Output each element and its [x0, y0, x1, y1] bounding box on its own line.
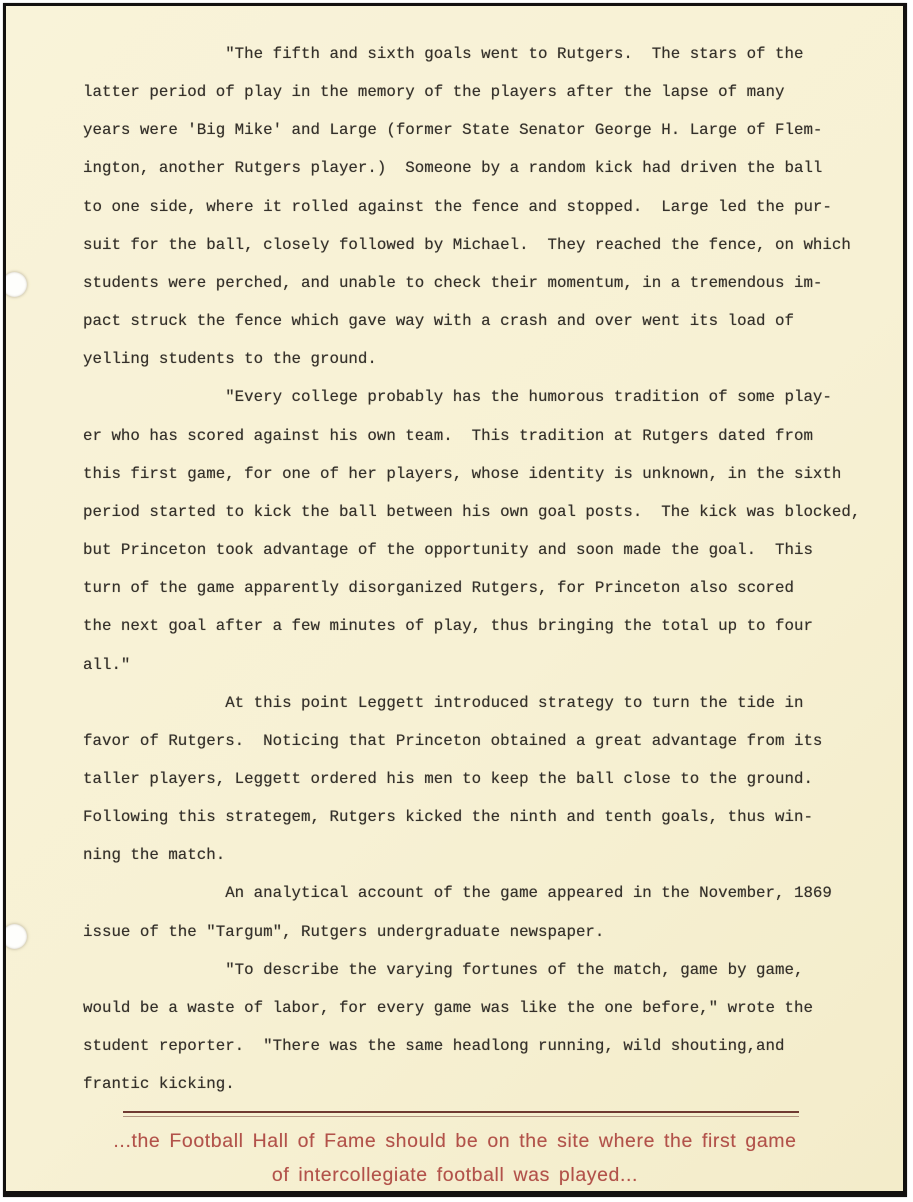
typed-line: ning the match.: [83, 836, 860, 874]
typed-line: At this point Leggett introduced strateg…: [83, 684, 860, 722]
footer-divider-rule: [123, 1111, 799, 1117]
punch-hole: [6, 924, 27, 949]
typed-line: turn of the game apparently disorganized…: [83, 569, 860, 607]
footer-caption-line-1: ...the Football Hall of Fame should be o…: [102, 1124, 808, 1158]
typed-line: but Princeton took advantage of the oppo…: [83, 531, 860, 569]
typed-line: favor of Rutgers. Noticing that Princeto…: [83, 722, 860, 760]
typed-line: "To describe the varying fortunes of the…: [83, 951, 860, 989]
typed-line: er who has scored against his own team. …: [83, 417, 860, 455]
paper-sheet: "The fifth and sixth goals went to Rutge…: [6, 6, 903, 1191]
typed-body-text: "The fifth and sixth goals went to Rutge…: [83, 35, 860, 1103]
typed-line: "The fifth and sixth goals went to Rutge…: [83, 35, 860, 73]
footer-caption-line-2: of intercollegiate football was played..…: [102, 1158, 808, 1191]
typed-line: all.": [83, 646, 860, 684]
typed-line: "Every college probably has the humorous…: [83, 378, 860, 416]
footer-caption: ...the Football Hall of Fame should be o…: [102, 1124, 808, 1191]
typed-line: this first game, for one of her players,…: [83, 455, 860, 493]
typed-line: student reporter. "There was the same he…: [83, 1027, 860, 1065]
typed-line: latter period of play in the memory of t…: [83, 73, 860, 111]
typed-line: students were perched, and unable to che…: [83, 264, 860, 302]
typed-line: the next goal after a few minutes of pla…: [83, 607, 860, 645]
typed-line: suit for the ball, closely followed by M…: [83, 226, 860, 264]
punch-hole: [6, 272, 27, 297]
typed-line: issue of the "Targum", Rutgers undergrad…: [83, 913, 860, 951]
typed-line: period started to kick the ball between …: [83, 493, 860, 531]
typed-line: would be a waste of labor, for every gam…: [83, 989, 860, 1027]
typed-line: Following this strategem, Rutgers kicked…: [83, 798, 860, 836]
typed-line: frantic kicking.: [83, 1065, 860, 1103]
typed-line: pact struck the fence which gave way wit…: [83, 302, 860, 340]
typed-line: taller players, Leggett ordered his men …: [83, 760, 860, 798]
scanned-page-frame: "The fifth and sixth goals went to Rutge…: [3, 3, 907, 1197]
typed-line: yelling students to the ground.: [83, 340, 860, 378]
typed-line: ington, another Rutgers player.) Someone…: [83, 149, 860, 187]
typed-line: An analytical account of the game appear…: [83, 874, 860, 912]
typed-line: years were 'Big Mike' and Large (former …: [83, 111, 860, 149]
typed-line: to one side, where it rolled against the…: [83, 188, 860, 226]
